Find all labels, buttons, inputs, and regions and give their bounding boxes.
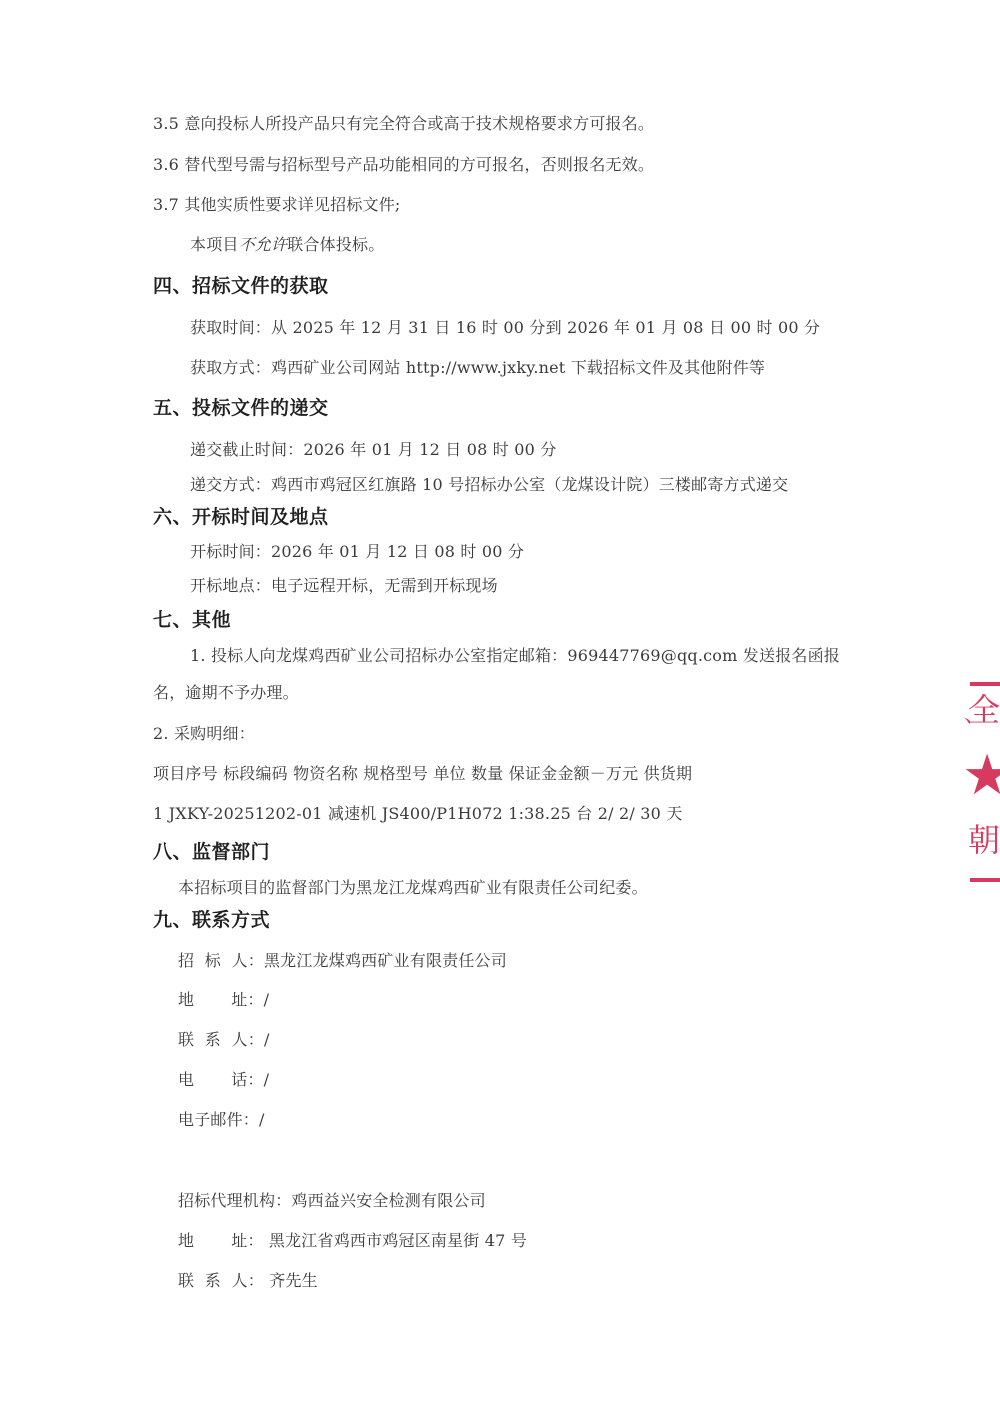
opening-place: 开标地点：电子远程开标，无需到开标现场: [190, 576, 498, 596]
tenderer-contact-value: /: [264, 1030, 270, 1049]
section-5-title: 五、投标文件的递交: [153, 396, 329, 420]
tenderer-phone-row: 电 话：/: [178, 1070, 269, 1090]
agency-address-label: 地 址：: [178, 1231, 264, 1250]
opening-time: 开标时间：2026 年 01 月 12 日 08 时 00 分: [190, 542, 524, 562]
tenderer-address-value: /: [264, 990, 270, 1009]
requirement-3-7: 3.7 其他实质性要求详见招标文件;: [153, 195, 401, 215]
supervision-text: 本招标项目的监督部门为黑龙江龙煤鸡西矿业有限责任公司纪委。: [178, 878, 648, 898]
requirement-3-6: 3.6 替代型号需与招标型号产品功能相同的方可报名，否则报名无效。: [153, 155, 654, 175]
submission-method: 递交方式：鸡西市鸡冠区红旗路 10 号招标办公室（龙煤设计院）三楼邮寄方式递交: [190, 475, 788, 495]
obtain-time: 获取时间：从 2025 年 12 月 31 日 16 时 00 分到 2026 …: [190, 318, 820, 338]
other-item-2: 2. 采购明细：: [153, 724, 255, 744]
section-4-title: 四、招标文件的获取: [153, 274, 329, 298]
tenderer-email-label: 电子邮件：: [178, 1110, 259, 1129]
obtain-method: 获取方式：鸡西矿业公司网站 http://www.jxky.net 下载招标文件…: [190, 358, 765, 378]
tenderer-name-row: 招 标 人：黑龙江龙煤鸡西矿业有限责任公司: [178, 951, 507, 971]
tenderer-name-value: 黑龙江龙煤鸡西矿业有限责任公司: [264, 951, 507, 970]
tenderer-email-row: 电子邮件：/: [178, 1110, 265, 1130]
consortium-prefix: 本项目: [190, 235, 239, 254]
section-9-title: 九、联系方式: [153, 908, 270, 932]
submission-deadline: 递交截止时间：2026 年 01 月 12 日 08 时 00 分: [190, 440, 557, 460]
consortium-italic: 不允许: [239, 235, 288, 254]
other-item-1-line1: 1. 投标人向龙煤鸡西矿业公司招标办公室指定邮箱：969447769@qq.co…: [190, 646, 840, 666]
procurement-header: 项目序号 标段编码 物资名称 规格型号 单位 数量 保证金金额－万元 供货期: [153, 764, 692, 784]
tenderer-contact-row: 联 系 人：/: [178, 1030, 270, 1050]
agency-address-value: 黑龙江省鸡西市鸡冠区南星街 47 号: [264, 1231, 527, 1250]
seal-char-bottom: 朝: [968, 822, 1000, 858]
agency-name-label: 招标代理机构：: [178, 1191, 291, 1210]
agency-contact-label: 联 系 人：: [178, 1271, 264, 1290]
seal-char-top: 全: [968, 692, 1000, 728]
tenderer-address-label: 地 址：: [178, 990, 264, 1009]
seal-top-bar: [970, 682, 1000, 686]
seal-star-icon: ★: [962, 748, 1000, 804]
agency-address-row: 地 址： 黑龙江省鸡西市鸡冠区南星街 47 号: [178, 1231, 527, 1251]
seal-bottom-bar: [970, 878, 1000, 882]
section-7-title: 七、其他: [153, 608, 231, 632]
tenderer-contact-label: 联 系 人：: [178, 1030, 264, 1049]
tenderer-address-row: 地 址：/: [178, 990, 269, 1010]
procurement-row: 1 JXKY-20251202-01 减速机 JS400/P1H072 1:38…: [153, 804, 683, 824]
other-item-1-line2: 名，逾期不予办理。: [153, 683, 299, 703]
agency-contact-row: 联 系 人： 齐先生: [178, 1271, 318, 1291]
section-8-title: 八、监督部门: [153, 840, 270, 864]
tenderer-phone-label: 电 话：: [178, 1070, 264, 1089]
agency-name-value: 鸡西益兴安全检测有限公司: [291, 1191, 485, 1210]
official-seal-partial: 、 全 ★ 朝: [966, 682, 1000, 882]
requirement-3-5: 3.5 意向投标人所投产品只有完全符合或高于技术规格要求方可报名。: [153, 114, 654, 134]
tenderer-email-value: /: [259, 1110, 265, 1129]
consortium-note: 本项目不允许联合体投标。: [190, 235, 384, 255]
agency-contact-value: 齐先生: [264, 1271, 318, 1290]
tenderer-phone-value: /: [264, 1070, 270, 1089]
consortium-suffix: 联合体投标。: [287, 235, 384, 254]
section-6-title: 六、开标时间及地点: [153, 505, 329, 529]
tenderer-name-label: 招 标 人：: [178, 951, 264, 970]
agency-name-row: 招标代理机构：鸡西益兴安全检测有限公司: [178, 1191, 486, 1211]
